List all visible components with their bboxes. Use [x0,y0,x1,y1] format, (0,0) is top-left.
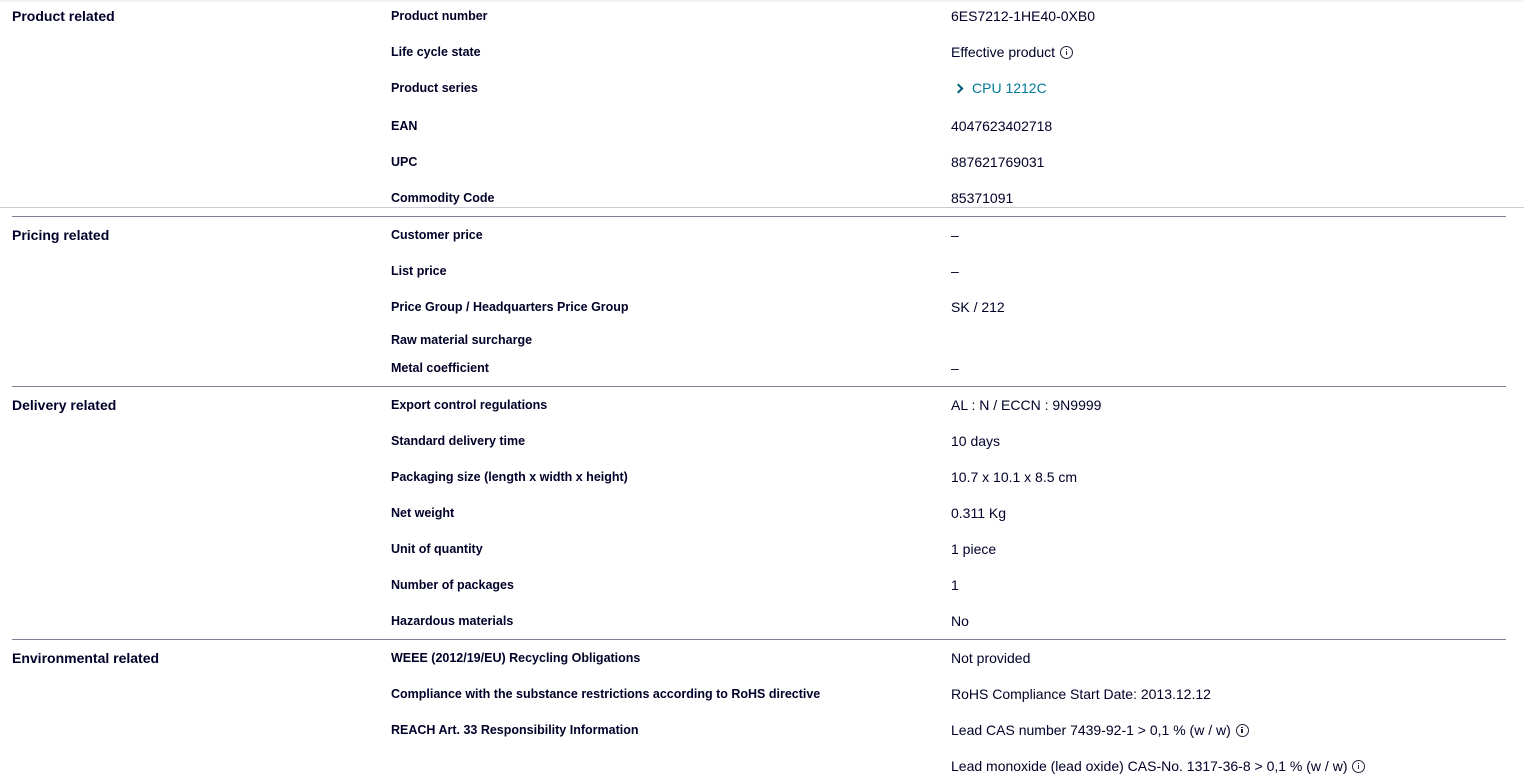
row-label: Unit of quantity [391,540,483,558]
scroll-edge-line [0,207,1524,208]
list-price-value: – [951,262,959,280]
top-band [0,0,1524,2]
row-label: Commodity Code [391,189,494,207]
table-row: REACH Art. 33 Responsibility Information… [0,721,1524,741]
product-series-value: CPU 1212C [951,79,1047,97]
table-row: List price – [0,262,1524,282]
upc-value: 887621769031 [951,153,1044,171]
row-label: Packaging size (length x width x height) [391,468,628,486]
table-row: Metal coefficient – [0,359,1524,379]
net-weight-value: 0.311 Kg [951,504,1006,522]
row-label: Hazardous materials [391,612,513,630]
table-row: Packaging size (length x width x height)… [0,468,1524,488]
life-cycle-value: Effective product [951,43,1073,61]
product-number-value: 6ES7212-1HE40-0XB0 [951,7,1095,25]
row-label: Metal coefficient [391,359,489,377]
link-text[interactable]: CPU 1212C [972,79,1047,97]
row-label: Product series [391,79,478,97]
table-row: WEEE (2012/19/EU) Recycling Obligations … [0,649,1524,669]
reach-value-2: Lead monoxide (lead oxide) CAS-No. 1317-… [951,757,1365,775]
row-label: Raw material surcharge [391,331,532,349]
row-label: EAN [391,117,417,135]
row-label: WEEE (2012/19/EU) Recycling Obligations [391,649,640,667]
row-label: Standard delivery time [391,432,525,450]
table-row: Customer price – [0,226,1524,246]
section-divider [12,216,1506,217]
reach-value: Lead CAS number 7439-92-1 > 0,1 % (w / w… [951,721,1249,739]
table-row: Raw material surcharge [0,331,1524,351]
commodity-code-value: 85371091 [951,189,1013,207]
table-row: Commodity Code 85371091 [0,189,1524,209]
ean-value: 4047623402718 [951,117,1052,135]
customer-price-value: – [951,226,959,244]
product-series-link[interactable]: CPU 1212C [951,79,1047,97]
row-label: UPC [391,153,417,171]
table-row: Hazardous materials No [0,612,1524,632]
table-row: Compliance with the substance restrictio… [0,685,1524,705]
number-of-packages-value: 1 [951,576,959,594]
price-group-value: SK / 212 [951,298,1005,316]
row-label: Product number [391,7,488,25]
rohs-value: RoHS Compliance Start Date: 2013.12.12 [951,685,1211,703]
row-label: Export control regulations [391,396,547,414]
table-row: UPC 887621769031 [0,153,1524,173]
row-label: List price [391,262,447,280]
row-label: Number of packages [391,576,514,594]
row-label: Compliance with the substance restrictio… [391,685,820,703]
table-row: EAN 4047623402718 [0,117,1524,137]
table-row: Net weight 0.311 Kg [0,504,1524,524]
table-row: Standard delivery time 10 days [0,432,1524,452]
export-control-value: AL : N / ECCN : 9N9999 [951,396,1101,414]
chevron-right-icon [954,83,964,93]
row-label: Life cycle state [391,43,481,61]
table-row: Price Group / Headquarters Price Group S… [0,298,1524,318]
section-divider [12,639,1506,640]
row-label: Price Group / Headquarters Price Group [391,298,629,316]
row-label: REACH Art. 33 Responsibility Information [391,721,638,739]
info-icon[interactable] [1352,760,1365,773]
table-row: Lead monoxide (lead oxide) CAS-No. 1317-… [0,757,1524,777]
value-text: Effective product [951,43,1055,61]
metal-coefficient-value: – [951,359,959,377]
weee-value: Not provided [951,649,1030,667]
value-text: Lead monoxide (lead oxide) CAS-No. 1317-… [951,757,1347,775]
value-text: Lead CAS number 7439-92-1 > 0,1 % (w / w… [951,721,1231,739]
packaging-size-value: 10.7 x 10.1 x 8.5 cm [951,468,1077,486]
row-label: Customer price [391,226,483,244]
table-row: Number of packages 1 [0,576,1524,596]
unit-of-quantity-value: 1 piece [951,540,996,558]
table-row: Export control regulations AL : N / ECCN… [0,396,1524,416]
delivery-time-value: 10 days [951,432,1000,450]
table-row: Product number 6ES7212-1HE40-0XB0 [0,7,1524,27]
info-icon[interactable] [1060,46,1073,59]
info-icon[interactable] [1236,724,1249,737]
section-divider [12,386,1506,387]
table-row: Life cycle state Effective product [0,43,1524,63]
hazardous-materials-value: No [951,612,969,630]
table-row: Unit of quantity 1 piece [0,540,1524,560]
table-row: Product series CPU 1212C [0,79,1524,99]
row-label: Net weight [391,504,454,522]
